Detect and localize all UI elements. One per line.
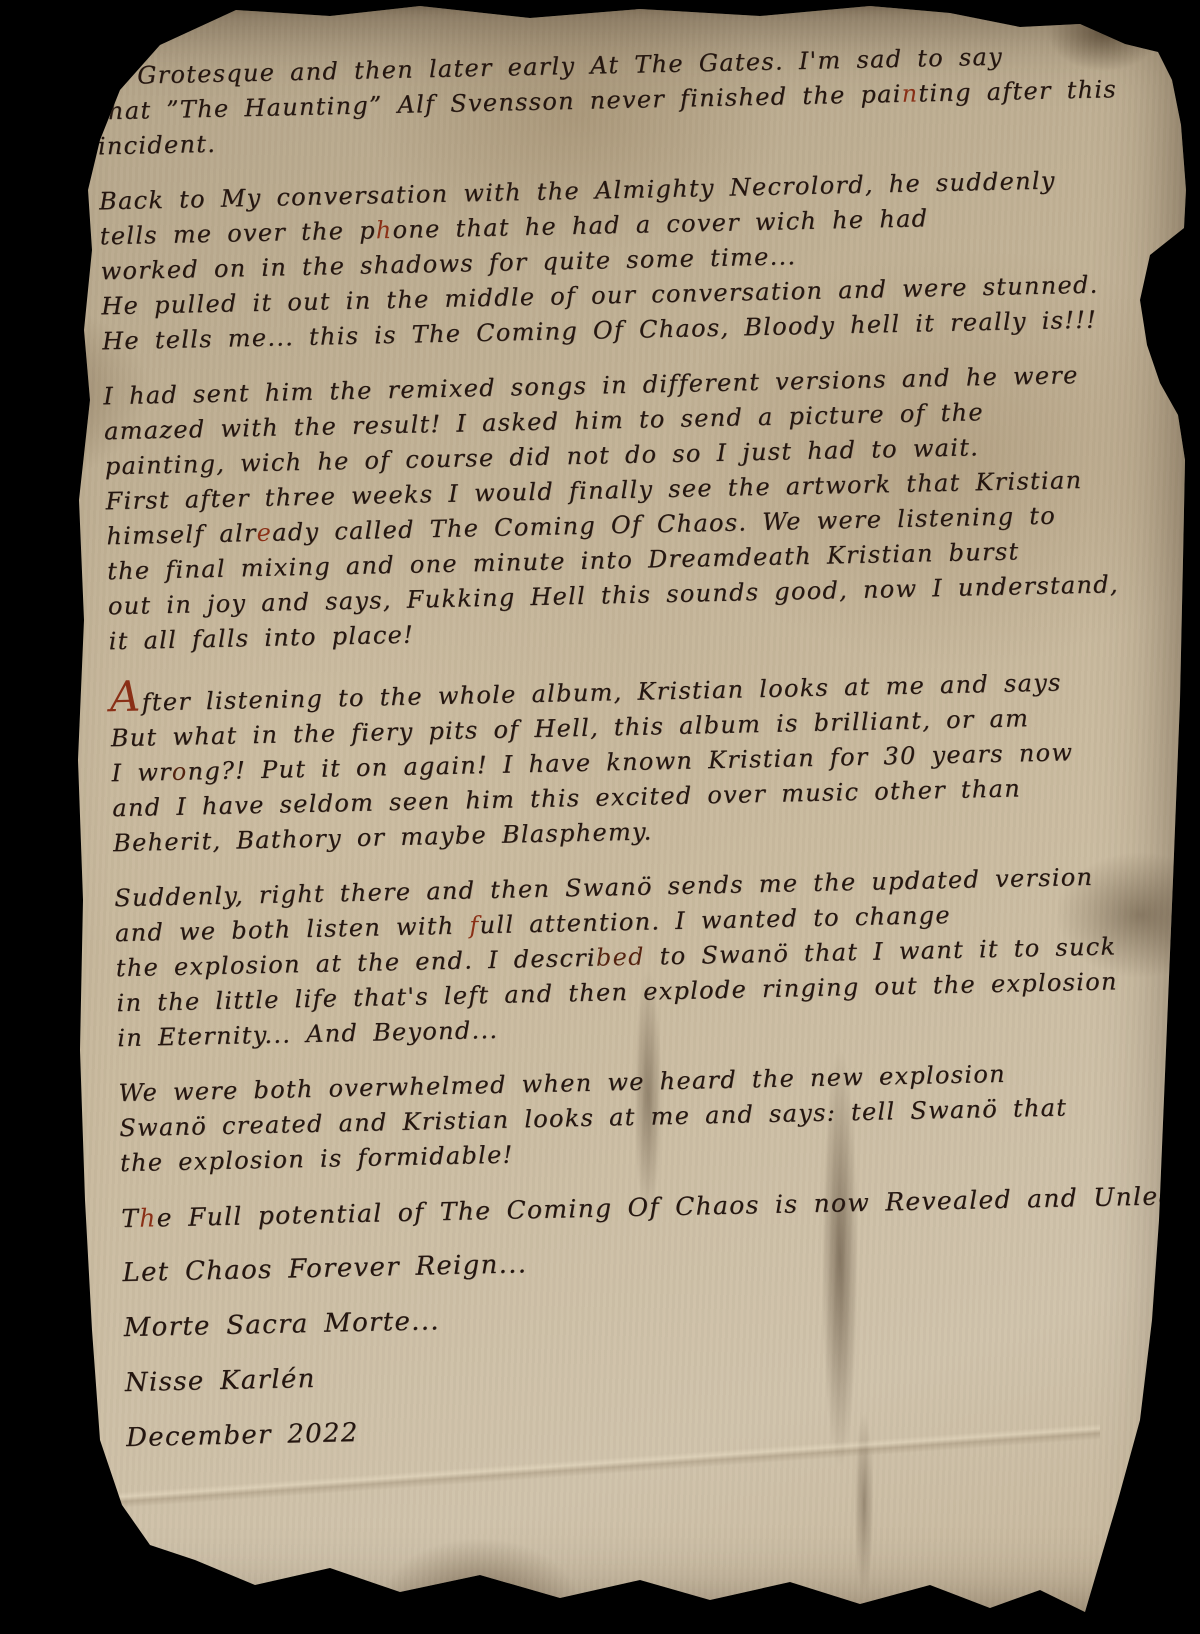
letter-paragraph: Nisse Karlén	[125, 1343, 1175, 1401]
letter-paragraph: After listening to the whole album, Kris…	[110, 656, 1163, 861]
letter-segment: himself alr	[106, 519, 257, 550]
red-ink-letter: h	[376, 216, 393, 244]
letter-paragraph: Morte Sacra Morte...	[123, 1288, 1173, 1346]
parchment-page: of Grotesque and then later early At The…	[0, 0, 1200, 1634]
letter-paragraph: December 2022	[126, 1398, 1176, 1456]
letter-segment: Nisse Karlén	[125, 1364, 316, 1398]
letter-line: Let Chaos Forever Reign...	[122, 1233, 1172, 1291]
letter-paragraph: We were both overwhelmed when we heard t…	[118, 1053, 1169, 1181]
red-ink-letter: n	[901, 80, 918, 108]
letter-segment: it all falls into place!	[108, 621, 414, 656]
letter-segment: Morte Sacra Morte...	[123, 1306, 440, 1343]
letter-segment: ting after this	[918, 75, 1117, 107]
letter-paragraph: of Grotesque and then later early At The…	[96, 37, 1147, 165]
letter-paragraph: Suddenly, right there and then Swanö sen…	[114, 858, 1167, 1056]
letter-paragraph: The Full potential of The Coming Of Chao…	[121, 1178, 1171, 1236]
letter-paragraph: Let Chaos Forever Reign...	[122, 1233, 1172, 1291]
red-ink-letter: h	[139, 1203, 157, 1232]
letter-line: December 2022	[126, 1398, 1176, 1456]
letter-paragraph: Back to My conversation with the Almight…	[99, 162, 1152, 360]
red-ink-letter: e	[256, 519, 272, 547]
letter-segment: e Full potential of The Coming Of Chaos …	[156, 1179, 1200, 1232]
letter-segment: Let Chaos Forever Reign...	[122, 1249, 527, 1288]
red-ink-letter: bed	[596, 943, 645, 972]
photo-background: of Grotesque and then later early At The…	[0, 0, 1200, 1634]
letter-segment: December 2022	[126, 1418, 359, 1453]
letter-segment: one that he had a cover wich he had	[392, 204, 928, 244]
letter-line: Nisse Karlén	[125, 1343, 1175, 1401]
letter-text: of Grotesque and then later early At The…	[70, 37, 1176, 1477]
letter-segment: in Eternity... And Beyond...	[117, 1016, 499, 1052]
red-ink-letter: o	[172, 758, 188, 786]
red-ink-letter: f	[469, 911, 480, 939]
letter-line: Morte Sacra Morte...	[123, 1288, 1173, 1346]
letter-segment: I wr	[111, 758, 172, 787]
letter-segment: T	[121, 1204, 140, 1233]
letter-paragraph: I had sent him the remixed songs in diff…	[103, 356, 1158, 659]
letter-segment: and we both listen with	[115, 911, 470, 947]
letter-segment: the explosion is formidable!	[120, 1141, 514, 1178]
red-ink-letter: A	[109, 672, 142, 722]
letter-line: The Full potential of The Coming Of Chao…	[121, 1178, 1171, 1236]
letter-segment: tells me over the p	[100, 216, 377, 250]
letter-segment: incident.	[98, 130, 217, 161]
